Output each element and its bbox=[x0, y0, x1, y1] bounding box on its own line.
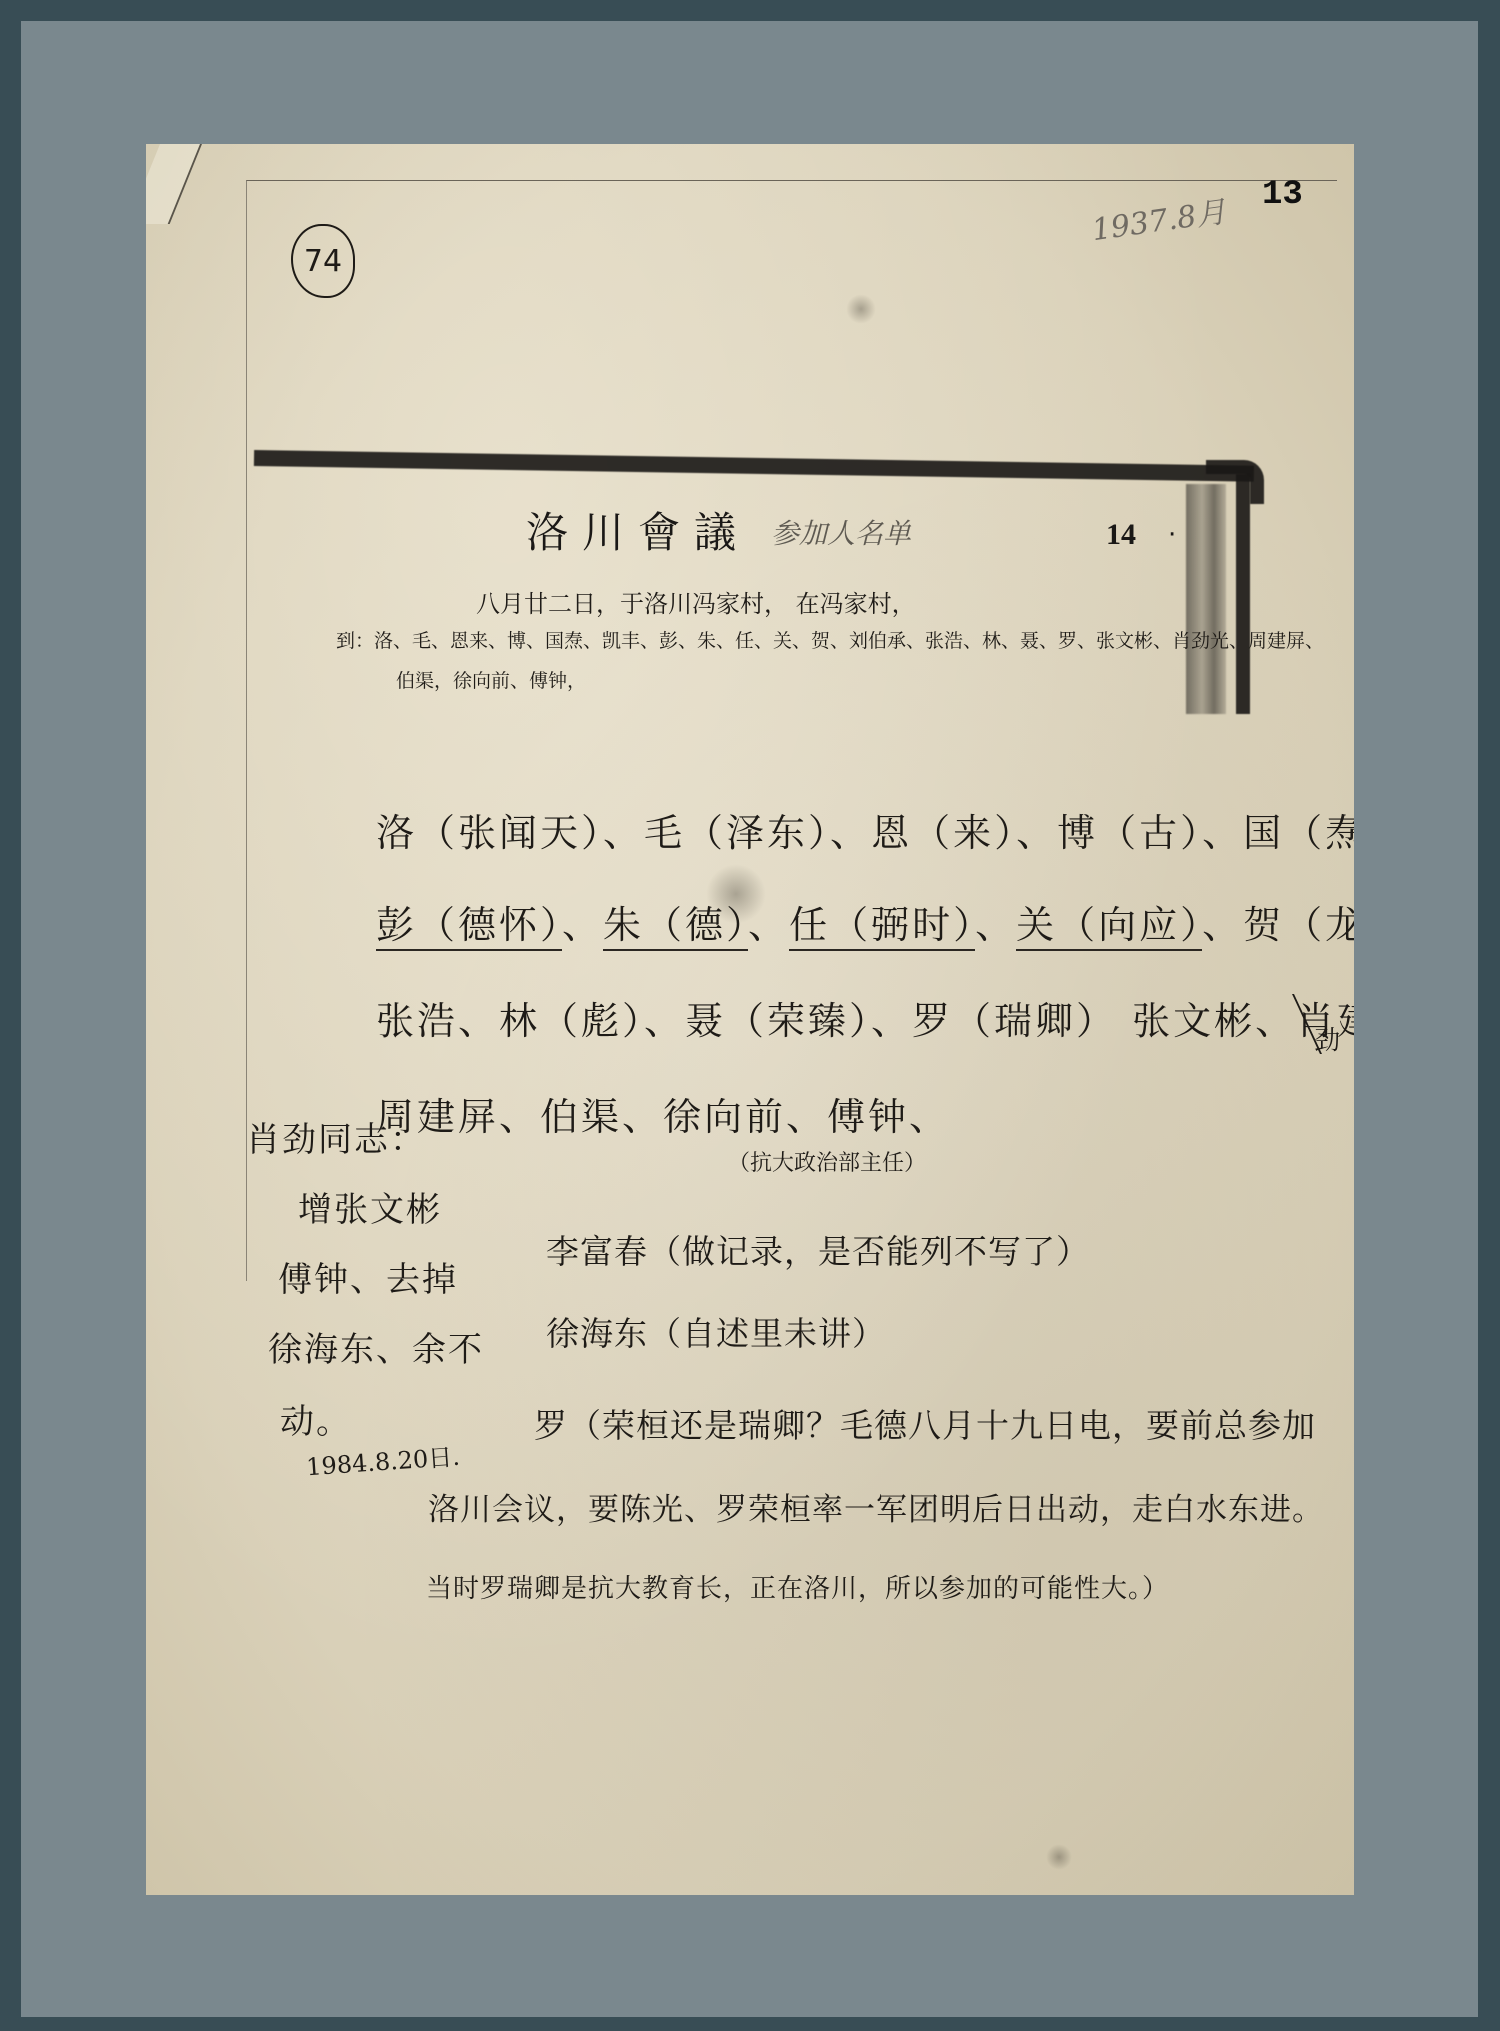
margin-note-date: 1984.8.20日. bbox=[305, 1437, 461, 1483]
stamp-right-border bbox=[1236, 474, 1250, 714]
ink-smudge bbox=[846, 294, 876, 324]
attendee-line-3-text: 张浩、林（彪）、聂（荣臻）、罗（瑞卿） 张文彬、 bbox=[376, 999, 1296, 1043]
attendee-bo: 博（古） bbox=[1057, 811, 1202, 855]
attendee-peng: 彭（德怀） bbox=[376, 903, 562, 951]
margin-note-line-5: 动。 bbox=[280, 1394, 352, 1443]
stamp-line-date-place: 八月廿二日，于洛川冯家村， 在冯家村， bbox=[476, 584, 916, 619]
attendee-en: 恩（来） bbox=[871, 811, 1016, 855]
attendee-zhu: 朱（德） bbox=[603, 903, 748, 951]
page-number: 13 bbox=[1262, 176, 1303, 214]
circled-archive-number: 74 bbox=[291, 224, 355, 298]
attendee-line-2: 彭（德怀）、朱（德）、任（弼时）、关（向应）、贺（龙）、刘（伯承） bbox=[376, 894, 1354, 949]
title-annotation: 参加人名单 bbox=[771, 512, 911, 552]
attendee-note: （抗大政治部主任） bbox=[728, 1146, 926, 1177]
remark-line-2: 徐海东（自述里未讲） bbox=[546, 1308, 886, 1355]
paper-fold bbox=[146, 144, 202, 224]
margin-note-line-3: 傅钟、去掉 bbox=[278, 1252, 458, 1301]
remark-line-5: 当时罗瑞卿是抗大教育长，正在洛川，所以参加的可能性大。） bbox=[426, 1568, 1169, 1605]
margin-note-line-1: 肖劲同志： bbox=[246, 1112, 426, 1161]
attendee-line-3: 张浩、林（彪）、聂（荣臻）、罗（瑞卿） 张文彬、肖建光劲、 bbox=[376, 990, 1354, 1045]
attendee-guan: 关（向应） bbox=[1016, 903, 1202, 951]
attendee-he: 贺（龙） bbox=[1243, 903, 1354, 947]
handwritten-correction: 肖建光劲 bbox=[1296, 990, 1354, 1045]
stamp-dot: · bbox=[1168, 520, 1176, 550]
stamp-line-attendees-cont: 伯渠，徐向前、傅钟， bbox=[396, 666, 586, 693]
stamp-page-number: 14 bbox=[1106, 518, 1136, 552]
attendee-line-4: 周建屏、伯渠、徐向前、傅钟、 bbox=[376, 1086, 950, 1141]
correction-insert: 劲 bbox=[1314, 1020, 1343, 1057]
attendee-line-1: 洛（张闻天）、毛（泽东）、恩（来）、博（古）、国（焘）、凯（丰） bbox=[376, 802, 1354, 857]
document-title: 洛川會議 bbox=[526, 500, 750, 560]
attendee-mao: 毛（泽东） bbox=[644, 811, 830, 855]
attendee-ren: 任（弼时） bbox=[789, 903, 975, 951]
margin-note-line-2: 增张文彬 bbox=[298, 1182, 442, 1231]
stamp-line-attendees: 到：洛、毛、恩来、博、国焘、凯丰、彭、朱、任、关、贺、刘伯承、张浩、林、聂、罗、… bbox=[336, 626, 1324, 653]
document-page: 74 13 1937.8月 洛川會議 参加人名单 14 · 八月廿二日，于洛川冯… bbox=[146, 144, 1354, 1895]
attendee-guo: 国（焘） bbox=[1243, 811, 1354, 855]
stamp-right-shadow bbox=[1186, 484, 1226, 714]
remark-line-3: 罗（荣桓还是瑞卿？毛德八月十九日电，要前总参加 bbox=[534, 1400, 1316, 1447]
remark-line-1: 李富春（做记录，是否能列不写了） bbox=[546, 1226, 1090, 1273]
circled-number-text: 74 bbox=[304, 244, 342, 279]
ink-smudge bbox=[1046, 1844, 1072, 1870]
remark-line-4: 洛川会议，要陈光、罗荣桓率一军团明后日出动，走白水东进。 bbox=[428, 1484, 1324, 1529]
margin-note-line-4: 徐海东、余不 bbox=[268, 1322, 484, 1371]
attendee-luo: 洛（张闻天） bbox=[376, 811, 603, 855]
